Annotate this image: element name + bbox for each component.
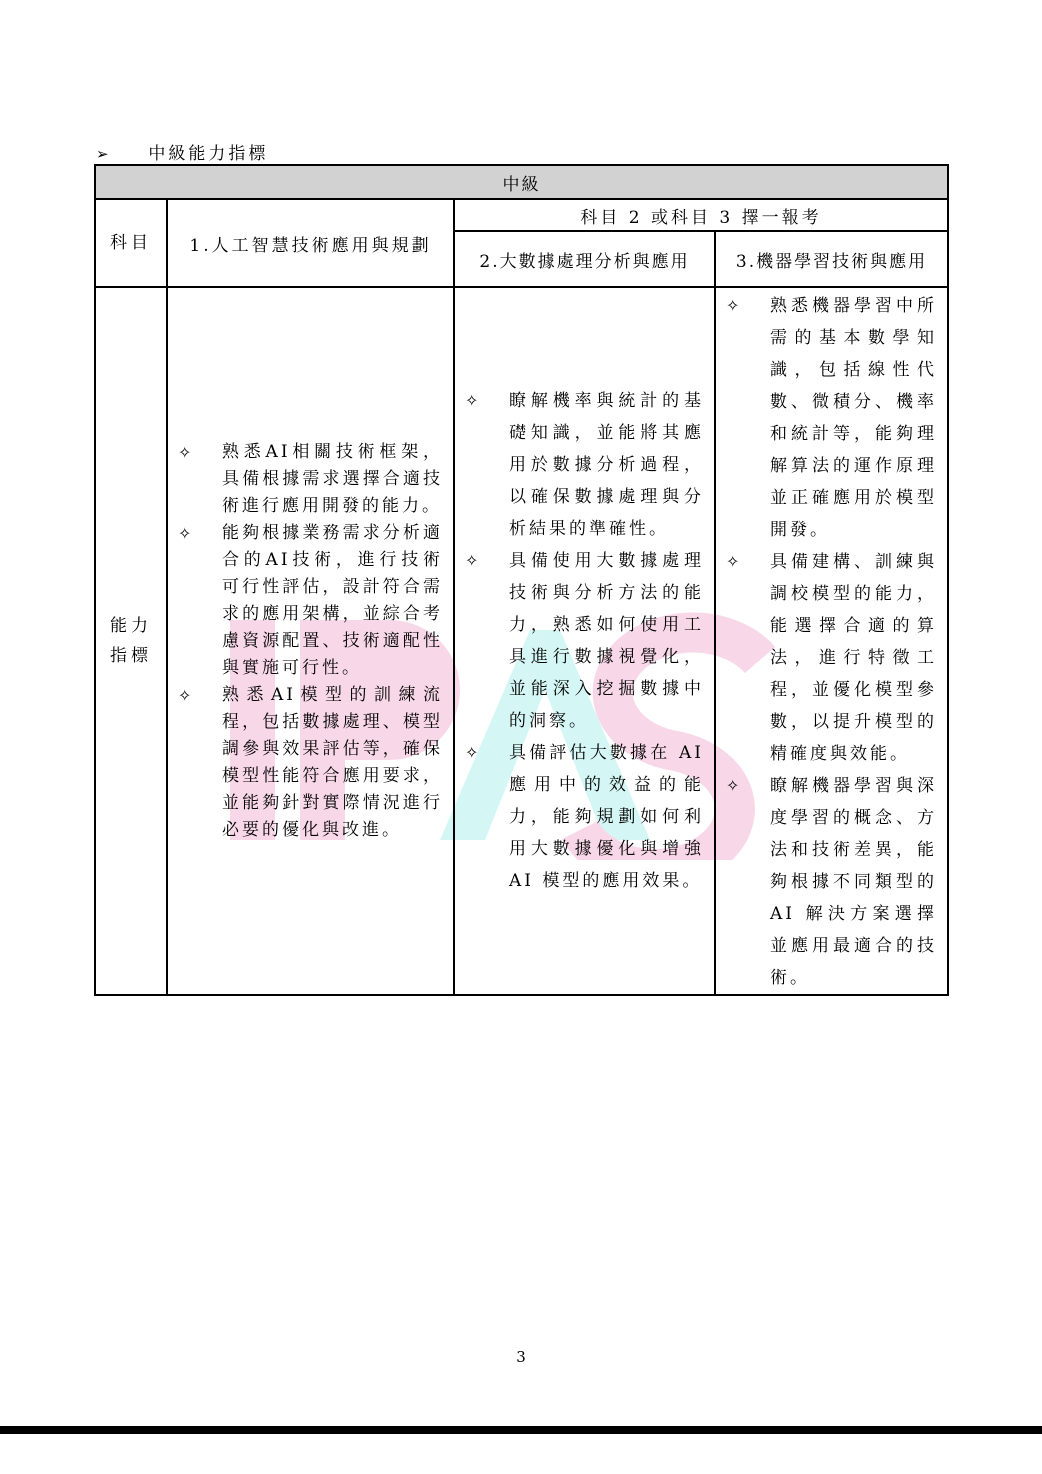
choice-note: 科目 2 或科目 3 擇一報考 [454, 199, 948, 231]
competency-label: 能力 指標 [95, 287, 167, 995]
diamond-bullet-icon: ✧ [465, 737, 481, 769]
competency-item: ✧熟悉AI相關技術框架，具備根據需求選擇合適技術進行應用開發的能力。 [176, 439, 443, 520]
competency-item: ✧具備建構、訓練與調校模型的能力，能選擇合適的算法，進行特徵工程，並優化模型參數… [724, 546, 937, 770]
subject2-competencies: ✧瞭解機率與統計的基礎知識，並能將其應用於數據分析過程，以確保數據處理與分析結果… [454, 287, 715, 995]
diamond-bullet-icon: ✧ [178, 520, 194, 547]
diamond-bullet-icon: ✧ [178, 439, 194, 466]
competency-item: ✧熟悉AI模型的訓練流程，包括數據處理、模型調參與效果評估等，確保模型性能符合應… [176, 682, 443, 844]
subject1-header: 1.人工智慧技術應用與規劃 [167, 199, 454, 287]
competency-item: ✧瞭解機器學習與深度學習的概念、方法和技術差異，能夠根據不同類型的 AI 解決方… [724, 770, 937, 994]
subject2-header: 2.大數據處理分析與應用 [454, 231, 715, 287]
competency-item: ✧能夠根據業務需求分析適合的AI技術，進行技術可行性評估，設計符合需求的應用架構… [176, 520, 443, 682]
competency-item: ✧瞭解機率與統計的基礎知識，並能將其應用於數據分析過程，以確保數據處理與分析結果… [463, 385, 704, 545]
level-header: 中級 [95, 165, 948, 199]
diamond-bullet-icon: ✧ [465, 385, 481, 417]
subject3-competencies: ✧熟悉機器學習中所需的基本數學知識，包括線性代數、微積分、機率和統計等，能夠理解… [715, 287, 948, 995]
competency-item: ✧熟悉機器學習中所需的基本數學知識，包括線性代數、微積分、機率和統計等，能夠理解… [724, 290, 937, 546]
competency-item: ✧具備使用大數據處理技術與分析方法的能力，熟悉如何使用工具進行數據視覺化，並能深… [463, 545, 704, 737]
competency-item: ✧具備評估大數據在 AI 應用中的效益的能力，能夠規劃如何利用大數據優化與增強 … [463, 737, 704, 897]
arrow-bullet-icon: ➢ [96, 145, 140, 163]
diamond-bullet-icon: ✧ [726, 546, 742, 578]
diamond-bullet-icon: ✧ [726, 290, 742, 322]
subject-label: 科目 [95, 199, 167, 287]
section-title: 中級能力指標 [148, 144, 268, 164]
subject3-header: 3.機器學習技術與應用 [715, 231, 948, 287]
diamond-bullet-icon: ✧ [465, 545, 481, 577]
competency-table: 中級 科目 1.人工智慧技術應用與規劃 科目 2 或科目 3 擇一報考 2.大數… [94, 164, 949, 996]
subject1-competencies: ✧熟悉AI相關技術框架，具備根據需求選擇合適技術進行應用開發的能力。 ✧能夠根據… [167, 287, 454, 995]
diamond-bullet-icon: ✧ [726, 770, 742, 802]
section-heading: ➢ 中級能力指標 [96, 139, 268, 164]
diamond-bullet-icon: ✧ [178, 682, 194, 709]
footer-rule [0, 1426, 1042, 1434]
page-number: 3 [0, 1348, 1042, 1366]
